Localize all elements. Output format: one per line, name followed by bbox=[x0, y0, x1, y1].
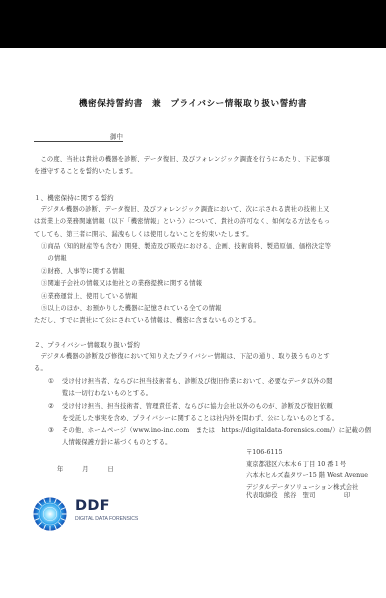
top-black-bar bbox=[0, 0, 386, 48]
section2-item-line: 受け付け担当者、ならびに担当技術者も、診断及び復旧作業において、必要なデータ以外… bbox=[62, 376, 333, 388]
section2-heading: ２、プライバシー情報取り扱い誓約 bbox=[34, 339, 140, 351]
section2-item-line: その他、ホームページ（www.ino-inc.com または https://d… bbox=[62, 425, 371, 437]
date-field: 年 月 日 bbox=[57, 464, 114, 476]
section2-body-line: デジタル機器の診断及び修復において知りえたプライバシー情報は、下記の通り、取り扱… bbox=[34, 351, 330, 363]
section2-body: デジタル機器の診断及び修復において知りえたプライバシー情報は、下記の通り、取り扱… bbox=[34, 351, 330, 376]
section1-note: ただし、すでに貴社にて公にされている情報は、機密に含まないものとする。 bbox=[34, 315, 260, 327]
representative-name: 代表取締役 熊谷 聖司 bbox=[246, 490, 315, 502]
seal-mark: 印 bbox=[344, 490, 350, 502]
section1-body-line: デジタル機器の診断、データ復旧、及びフォレンジック調査において、次に示される貴社… bbox=[34, 204, 330, 216]
section1-item: ①商品（知的財産等も含む）開発、製造及び販売における、企画、技術資料、製造原価、… bbox=[41, 241, 331, 253]
logo-subtitle: DIGITAL DATA FORENSICS bbox=[75, 516, 138, 522]
intro-line: この度、当社は貴社の機器を診断、データ復旧、及びフォレンジック調査を行うにあたり… bbox=[34, 154, 330, 166]
intro-paragraph: この度、当社は貴社の機器を診断、データ復旧、及びフォレンジック調査を行うにあたり… bbox=[34, 154, 330, 179]
section2-item-line: 受け付け担当、担当技術者、管理責任者、ならびに協力会社以外のものが、診断及び復旧… bbox=[62, 401, 338, 413]
intro-line: を遵守することを誓約いたします。 bbox=[34, 166, 330, 178]
logo-wordmark: DDF bbox=[75, 498, 110, 514]
section1-item: ⑤以上のほか、お預かりした機器に記憶されている全ての情報 bbox=[41, 303, 331, 315]
section1-item: の情報 bbox=[41, 253, 331, 265]
section2-item-number: ③ bbox=[48, 425, 54, 437]
section2-item-line: 覧は一切行わないものとする。 bbox=[62, 388, 333, 400]
section1-items: ①商品（知的財産等も含む）開発、製造及び販売における、企画、技術資料、製造原価、… bbox=[41, 241, 331, 315]
section2-item-line: を受託した事実を含め、プライバシーに関することは社内外を問わず、公にしないものと… bbox=[62, 413, 338, 425]
signature-block: 〒106-6115 東京都港区六本木６丁目 10 番１号 六本木ヒルズ森タワー1… bbox=[246, 447, 368, 493]
section1-item: ③関連子会社の情報又は他社との業務提携に関する情報 bbox=[41, 278, 331, 290]
document-title: 機密保持誓約書 兼 プライバシー情報取り扱い誓約書 bbox=[0, 97, 386, 109]
postal-code: 〒106-6115 bbox=[246, 447, 368, 459]
section1-body-line: は営業上の業務関連情報（以下「機密情報」という）について、貴社の許可なく、如何な… bbox=[34, 216, 330, 228]
section1-body-line: てしても、第三者に開示、漏洩もしくは使用しないことを約束いたします。 bbox=[34, 229, 330, 241]
section1-body: デジタル機器の診断、データ復旧、及びフォレンジック調査において、次に示される貴社… bbox=[34, 204, 330, 241]
address-line-1: 東京都港区六本木６丁目 10 番１号 bbox=[246, 459, 368, 471]
addressee-suffix: 御中 bbox=[110, 131, 123, 141]
section1-item: ④業務運営上、使用している情報 bbox=[41, 291, 331, 303]
section2-item: 受け付け担当、担当技術者、管理責任者、ならびに協力会社以外のものが、診断及び復旧… bbox=[62, 401, 338, 426]
section2-item: 受け付け担当者、ならびに担当技術者も、診断及び復旧作業において、必要なデータ以外… bbox=[62, 376, 333, 401]
addressee-line: 御中 bbox=[34, 131, 123, 142]
section2-item-number: ② bbox=[48, 401, 54, 413]
ddf-sunburst-logo-icon bbox=[33, 497, 67, 531]
section2-item-number: ① bbox=[48, 376, 54, 388]
address-line-2: 六本木ヒルズ森タワー15 階 West Avenue bbox=[246, 470, 368, 482]
section2-body-line: る。 bbox=[34, 363, 330, 375]
section1-item: ②財務、人事等に関する情報 bbox=[41, 266, 331, 278]
section1-heading: １、機密保持に関する誓約 bbox=[34, 192, 114, 204]
